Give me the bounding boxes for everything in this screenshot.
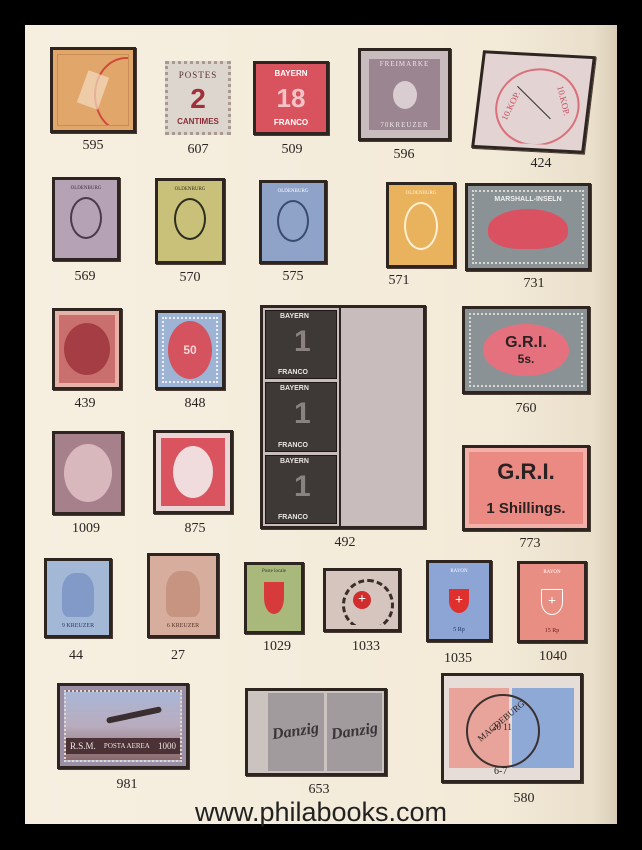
swiss-cross-icon: + <box>353 591 371 609</box>
stamp-strip: BAYERN 1 FRANCO BAYERN 1 FRANCO BAYERN 1… <box>265 310 337 524</box>
portrait-icon <box>64 444 112 502</box>
stamp-value: 1000 <box>158 741 176 751</box>
stamp-text: OLDENBURG <box>278 189 309 194</box>
yacht-icon: G.R.I. 5s. <box>483 324 569 376</box>
stamp-pair-unit: Danzig <box>327 693 383 771</box>
lot-number: 653 <box>279 782 359 798</box>
stamp-595[interactable] <box>50 47 136 133</box>
lot-number: 1040 <box>513 649 593 665</box>
stamp-44[interactable]: 9 KREUZER <box>44 558 112 638</box>
lot-number: 424 <box>501 156 581 172</box>
lot-number: 1009 <box>46 521 126 537</box>
stamp-image: RAYON + 5 Rp <box>433 567 485 635</box>
lot-number: 569 <box>45 269 125 285</box>
lot-number: 875 <box>155 521 235 537</box>
lot-number: 595 <box>53 138 133 154</box>
stamp-text: BAYERN <box>274 69 307 78</box>
lot-number: 492 <box>305 535 385 551</box>
postmark-text: 20 11 <box>492 722 512 732</box>
eagle-icon <box>166 571 200 617</box>
crown-arms-icon <box>70 197 102 239</box>
stamp-1029[interactable]: Poste locale <box>244 562 304 634</box>
stamp-875[interactable] <box>153 430 233 514</box>
lot-number: 27 <box>138 648 218 664</box>
stamp-pair: Danzig Danzig <box>268 693 382 771</box>
stamp-text: OLDENBURG <box>406 191 437 196</box>
lot-number: 570 <box>150 270 230 286</box>
stamp-text: FRANCO <box>278 514 308 521</box>
overprint-text: 5s. <box>518 352 535 366</box>
stamp-text: FREIMARKE <box>380 60 429 68</box>
stamp-text: Poste locale <box>262 569 286 574</box>
stamp-492[interactable]: BAYERN 1 FRANCO BAYERN 1 FRANCO BAYERN 1… <box>260 305 426 529</box>
stamp-image <box>59 315 115 383</box>
lot-number: 571 <box>359 273 439 289</box>
stamp-text: FRANCO <box>278 442 308 449</box>
stamp-text: BAYERN <box>280 313 309 320</box>
stamp-value: 2 <box>190 85 206 113</box>
stamp-image: POSTES 2 CANTIMES <box>172 68 224 128</box>
stamp-image: 50 <box>162 317 218 383</box>
stamp-731[interactable]: MARSHALL-INSELN <box>465 183 591 271</box>
stamp-text: MARSHALL-INSELN <box>494 196 561 203</box>
postmark-text: 6-7 <box>494 766 507 777</box>
stamp-image: FREIMARKE 70KREUZER <box>369 59 440 130</box>
stamp-570[interactable]: OLDENBURG <box>155 178 225 264</box>
crown-arms-icon <box>174 198 206 240</box>
stamp-text: BAYERN <box>280 385 309 392</box>
stamp-848[interactable]: 50 <box>155 310 225 390</box>
stamp-27[interactable]: 6 KREUZER <box>147 553 219 638</box>
stamp-text: OLDENBURG <box>175 187 206 192</box>
overprint-text: G.R.I. <box>505 334 547 352</box>
stamp-image: BAYERN 18 FRANCO <box>260 68 322 128</box>
stamp-text: 15 Rp <box>545 628 560 634</box>
swiss-shield-icon: + <box>449 589 469 613</box>
overprint-text: Danzig <box>271 720 320 744</box>
stamp-image: 9 KREUZER <box>51 565 105 631</box>
stamp-509[interactable]: BAYERN 18 FRANCO <box>253 61 329 135</box>
stamp-image: G.R.I. 1 Shillings. <box>469 452 583 524</box>
stamp-text: POSTA AEREA <box>104 742 150 750</box>
stamp-580[interactable]: MAGDEBURG 20 11 6-7 <box>441 673 583 783</box>
stamp-text: FRANCO <box>274 118 308 127</box>
stamp-1033[interactable]: + <box>323 568 401 632</box>
stamp-text: OLDENBURG <box>71 186 102 191</box>
stamp-image: 6 KREUZER <box>154 560 212 631</box>
stamp-text: 9 KREUZER <box>62 623 94 629</box>
lot-number: 1029 <box>237 639 317 655</box>
crown-arms-icon <box>404 202 438 250</box>
stamp-575[interactable]: OLDENBURG <box>259 180 327 264</box>
airplane-icon <box>106 706 162 724</box>
stamp-text: BAYERN <box>280 458 309 465</box>
stamp-773[interactable]: G.R.I. 1 Shillings. <box>462 445 590 531</box>
stamp-image: OLDENBURG <box>393 189 449 261</box>
stamp-569[interactable]: OLDENBURG <box>52 177 120 261</box>
lot-number: 773 <box>490 536 570 552</box>
footer-url[interactable]: www.philabooks.com <box>0 797 642 828</box>
stamp-image: OLDENBURG <box>266 187 320 257</box>
stamp-760[interactable]: G.R.I. 5s. <box>462 306 590 394</box>
stamp-text: R.S.M. <box>70 741 96 751</box>
stamp-footer-bar: R.S.M. POSTA AEREA 1000 <box>66 738 180 754</box>
overprint-text: G.R.I. <box>497 459 554 485</box>
lot-number: 1033 <box>326 639 406 655</box>
stamp-image: OLDENBURG <box>162 185 218 257</box>
stamp-value: 1 <box>294 325 311 359</box>
stamp-value: 1 <box>294 470 311 504</box>
sheet-margin <box>339 308 341 526</box>
lot-number: 509 <box>252 142 332 158</box>
stamp-text: RAYON <box>543 570 560 575</box>
stamp-text: CANTIMES <box>177 117 219 126</box>
portrait-icon <box>64 323 110 375</box>
stamp-image: MARSHALL-INSELN <box>472 190 584 264</box>
yacht-icon <box>488 209 568 249</box>
stamp-image <box>57 54 129 126</box>
stamp-text: RAYON <box>450 569 467 574</box>
stamp-1035[interactable]: RAYON + 5 Rp <box>426 560 492 642</box>
lot-number: 44 <box>36 648 116 664</box>
stamp-text: 70KREUZER <box>380 121 428 129</box>
stamp-text: 5 Rp <box>453 627 465 633</box>
stamp-text: 6 KREUZER <box>167 623 199 629</box>
stamp-424[interactable]: 10.KOP. 10.KOP. <box>471 50 596 153</box>
stamp-1009[interactable] <box>52 431 124 515</box>
lot-number: 607 <box>158 142 238 158</box>
lot-number: 981 <box>87 777 167 793</box>
lot-number: 439 <box>45 396 125 412</box>
overprint-text: Danzig <box>330 720 379 744</box>
oval-value-icon: 50 <box>168 321 212 379</box>
stamp-text: FRANCO <box>278 369 308 376</box>
coat-of-arms-icon <box>393 81 417 109</box>
stamp-image: 10.KOP. 10.KOP. <box>479 58 588 147</box>
stamp-607[interactable]: POSTES 2 CANTIMES <box>165 61 231 135</box>
stamp-value: 18 <box>277 85 306 111</box>
lot-number: 596 <box>364 147 444 163</box>
lot-number: 760 <box>486 401 566 417</box>
stamp-image <box>59 438 117 508</box>
lot-number: 731 <box>494 276 574 292</box>
stamp-image: R.S.M. POSTA AEREA 1000 <box>64 690 182 762</box>
swiss-shield-icon: + <box>541 589 563 615</box>
stamp-981[interactable]: R.S.M. POSTA AEREA 1000 <box>57 683 189 769</box>
lot-number: 575 <box>253 269 333 285</box>
stamp-596[interactable]: FREIMARKE 70KREUZER <box>358 48 451 141</box>
stamp-pair-unit: Danzig <box>268 693 324 771</box>
stamp-strip-unit: BAYERN 1 FRANCO <box>265 310 337 379</box>
stamp-571[interactable]: OLDENBURG <box>386 182 456 268</box>
stamp-text: POSTES <box>179 70 218 80</box>
stamp-value: 1 <box>294 397 311 431</box>
catalog-page: 595 POSTES 2 CANTIMES 607 BAYERN 18 FRAN… <box>25 25 617 824</box>
stamp-image: G.R.I. 5s. <box>469 313 583 387</box>
stamp-image: RAYON + 15 Rp <box>524 568 580 636</box>
overprint-text: 1 Shillings. <box>486 500 565 517</box>
stamp-value: 50 <box>183 343 196 357</box>
crown-arms-icon <box>277 200 309 242</box>
stamp-image: OLDENBURG <box>59 184 113 254</box>
lot-number: 848 <box>155 396 235 412</box>
shield-icon <box>264 582 284 614</box>
stamp-strip-unit: BAYERN 1 FRANCO <box>265 382 337 451</box>
embossed-oval-icon <box>173 446 213 498</box>
stamp-image: + <box>330 575 394 625</box>
stamp-image: Poste locale <box>249 567 299 629</box>
stamp-1040[interactable]: RAYON + 15 Rp <box>517 561 587 643</box>
eagle-icon <box>62 573 94 617</box>
stamp-653[interactable]: Danzig Danzig <box>245 688 387 776</box>
lot-number: 1035 <box>418 651 498 667</box>
stamp-439[interactable] <box>52 308 122 390</box>
stamp-image <box>161 438 225 506</box>
stamp-strip-unit: BAYERN 1 FRANCO <box>265 455 337 524</box>
